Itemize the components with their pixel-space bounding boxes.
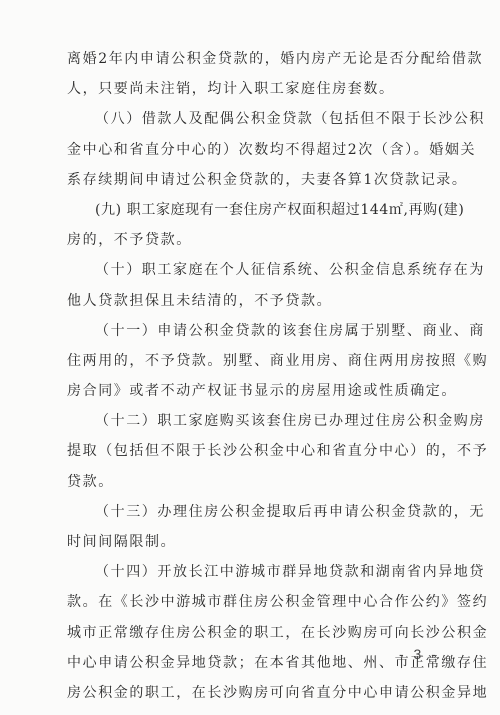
item-12-line: 提取（包括但不限于长沙公积金中心和省直分中心）的，不予: [67, 436, 449, 466]
item-13-line: 时间间隔限制。: [67, 527, 449, 557]
item-8-line: 系存续期间申请过公积金贷款的，夫妻各算1次贷款记录。: [67, 165, 449, 195]
item-10-line: 他人贷款担保且未结清的，不予贷款。: [67, 286, 449, 316]
item-14-line: 中心申请公积金异地贷款；在本省其他地、州、市正常缴存住: [67, 648, 449, 678]
item-12-line: （十二）职工家庭购买该套住房已办理过住房公积金购房: [67, 406, 449, 436]
item-14-line: （十四）开放长江中游城市群异地贷款和湖南省内异地贷: [67, 557, 449, 587]
text-line: 人，只要尚未注销，均计入职工家庭住房套数。: [67, 74, 449, 104]
item-14-line: 房公积金的职工，在长沙购房可向省直分中心申请公积金异地: [67, 678, 449, 708]
item-11-line: 房合同》或者不动产权证书显示的房屋用途或性质确定。: [67, 376, 449, 406]
item-13-line: （十三）办理住房公积金提取后再申请公积金贷款的，无: [67, 497, 449, 527]
item-11-line: （十一）申请公积金贷款的该套住房属于别墅、商业、商: [67, 316, 449, 346]
item-9-line: 房的，不予贷款。: [67, 225, 449, 255]
item-14-line: 城市正常缴存住房公积金的职工，在长沙购房可向长沙公积金: [67, 618, 449, 648]
item-8-line: 金中心和省直分中心的）次数均不得超过2次（含）。婚姻关: [67, 135, 449, 165]
text-line: 离婚2年内申请公积金贷款的，婚内房产无论是否分配给借款: [67, 44, 449, 74]
item-8-line: （八）借款人及配偶公积金贷款（包括但不限于长沙公积: [67, 104, 449, 134]
item-11-line: 住两用的，不予贷款。别墅、商业用房、商住两用房按照《购: [67, 346, 449, 376]
page-number: - 3 -: [399, 646, 439, 662]
item-10-line: （十）职工家庭在个人征信系统、公积金信息系统存在为: [67, 255, 449, 285]
document-page: 离婚2年内申请公积金贷款的，婚内房产无论是否分配给借款 人，只要尚未注销，均计入…: [0, 0, 500, 715]
item-14-line: 款。在《长沙中游城市群住房公积金管理中心合作公约》签约: [67, 587, 449, 617]
document-body: 离婚2年内申请公积金贷款的，婚内房产无论是否分配给借款 人，只要尚未注销，均计入…: [67, 44, 449, 708]
item-12-line: 贷款。: [67, 467, 449, 497]
item-9-line: (九) 职工家庭现有一套住房产权面积超过144㎡,再购(建): [67, 195, 449, 225]
